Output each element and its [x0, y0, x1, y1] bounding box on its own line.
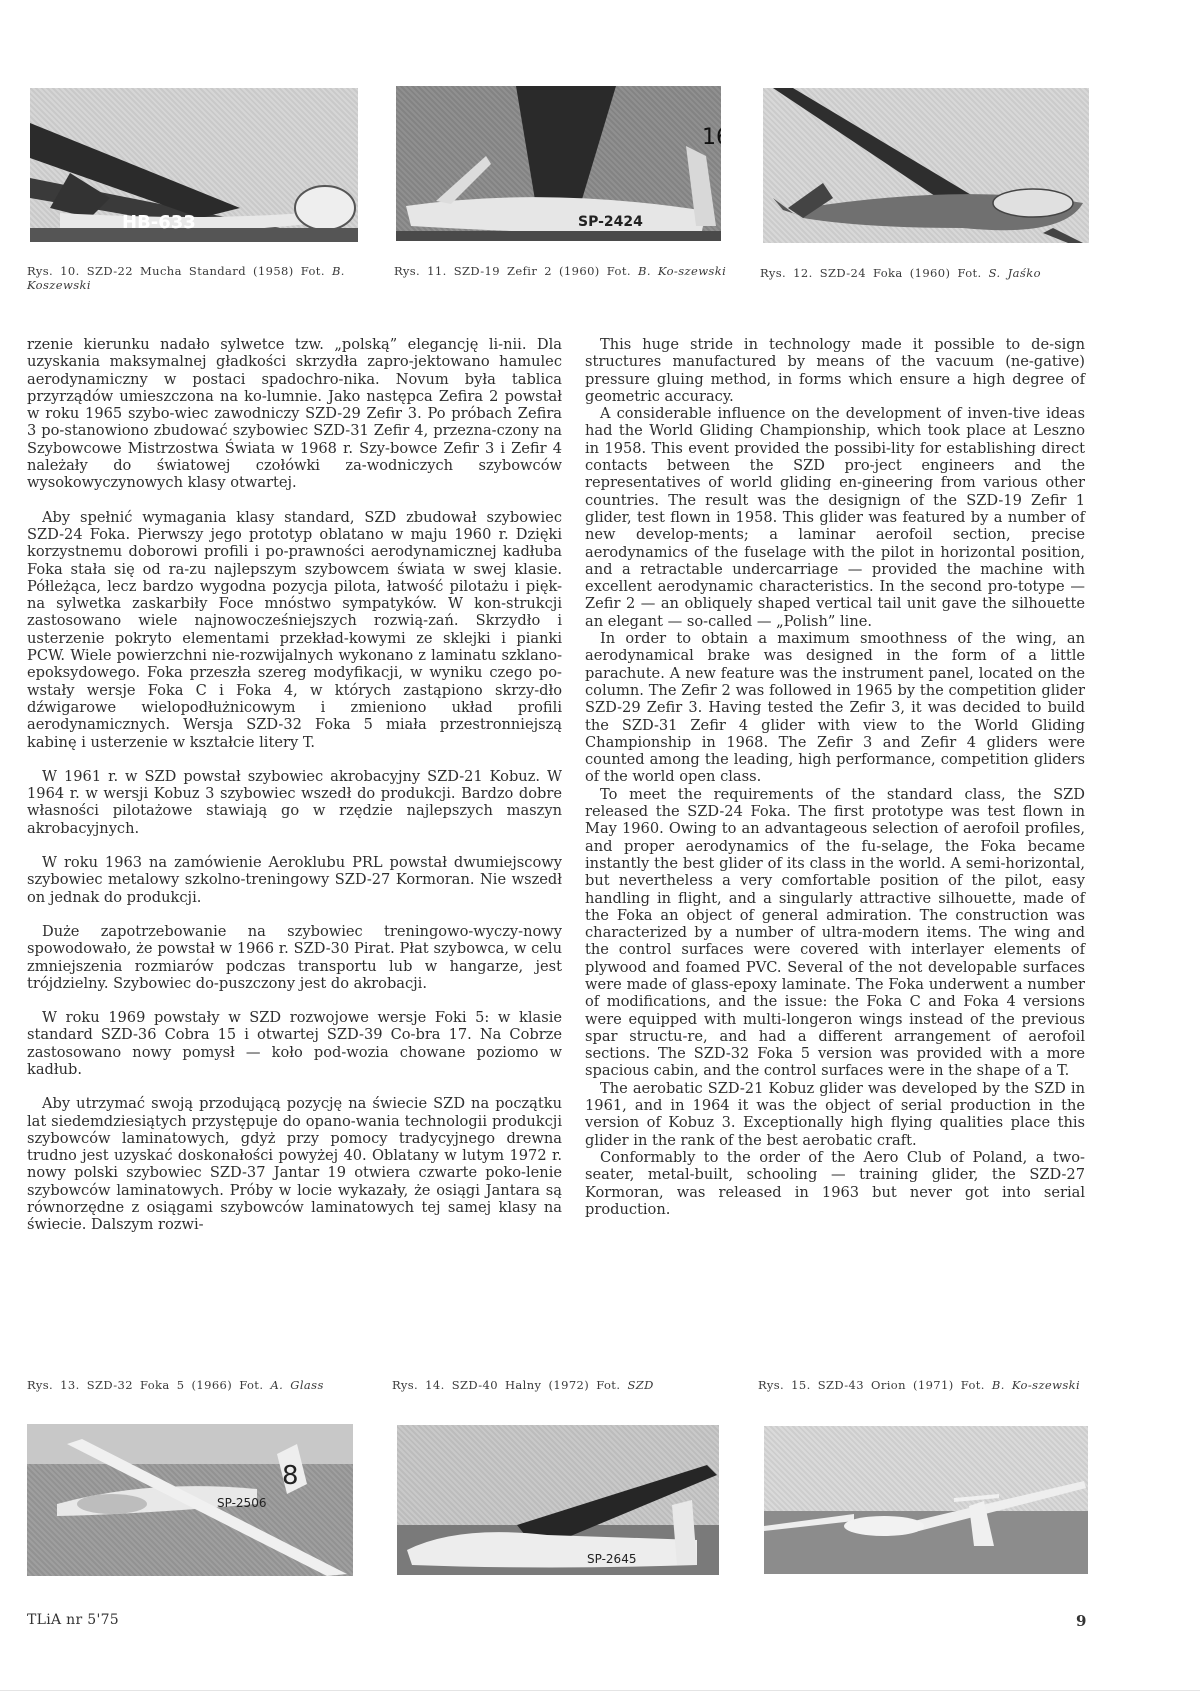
caption-author: SZD [627, 1378, 653, 1392]
journal-issue: TLiA nr 5'75 [27, 1612, 119, 1628]
caption-author: B. Ko-szewski [992, 1378, 1080, 1392]
figure-caption-11: Rys. 11. SZD-19 Zefir 2 (1960) Fot. B. K… [394, 264, 729, 278]
competition-number: 16 [702, 125, 721, 150]
photo-szd-32-foka-5: SP-2506 8 [27, 1424, 353, 1576]
paragraph: W roku 1969 powstały w SZD rozwojowe wer… [27, 1009, 562, 1078]
paragraph: Aby spełnić wymagania klasy standard, SZ… [27, 509, 562, 751]
registration-label: SP-2645 [587, 1552, 636, 1566]
photo-szd-24-foka [763, 88, 1089, 243]
caption-fot: Fot. [607, 264, 631, 278]
caption-author: B. Ko-szewski [638, 264, 726, 278]
paragraph: rzenie kierunku nadało sylwetce tzw. „po… [27, 336, 562, 492]
caption-text: Rys. 12. SZD-24 Foka (1960) [760, 266, 950, 280]
photo-szd-40-halny: SP-2645 [397, 1425, 719, 1575]
paragraph: Aby utrzymać swoją przodującą pozycję na… [27, 1095, 562, 1233]
page-number: 9 [1076, 1612, 1086, 1630]
registration-label: SP-2506 [217, 1496, 266, 1510]
caption-fot: Fot. [301, 264, 325, 278]
paragraph: W 1961 r. w SZD powstał szybowiec akroba… [27, 768, 562, 837]
caption-author: S. Jaśko [989, 266, 1041, 280]
figure-caption-10: Rys. 10. SZD-22 Mucha Standard (1958) Fo… [27, 264, 362, 292]
scan-edge-line [0, 1690, 1200, 1691]
figure-caption-14: Rys. 14. SZD-40 Halny (1972) Fot. SZD [392, 1378, 732, 1392]
article-column-english: This huge stride in technology made it p… [585, 336, 1085, 1218]
caption-text: Rys. 13. SZD-32 Foka 5 (1966) [27, 1378, 232, 1392]
paragraph: In order to obtain a maximum smoothness … [585, 630, 1085, 786]
caption-fot: Fot. [961, 1378, 985, 1392]
photo-szd-22-mucha-standard: HB-633 [30, 88, 358, 242]
figure-caption-12: Rys. 12. SZD-24 Foka (1960) Fot. S. Jaśk… [760, 266, 1100, 280]
caption-text: Rys. 14. SZD-40 Halny (1972) [392, 1378, 589, 1392]
figure-caption-13: Rys. 13. SZD-32 Foka 5 (1966) Fot. A. Gl… [27, 1378, 367, 1392]
paragraph: A considerable influence on the developm… [585, 405, 1085, 630]
paragraph: W roku 1963 na zamówienie Aeroklubu PRL … [27, 854, 562, 906]
photo-szd-19-zefir-2: SP-2424 16 [396, 86, 721, 241]
caption-text: Rys. 10. SZD-22 Mucha Standard (1958) [27, 264, 294, 278]
paragraph: This huge stride in technology made it p… [585, 336, 1085, 405]
paragraph: The aerobatic SZD-21 Kobuz glider was de… [585, 1080, 1085, 1149]
registration-label: SP-2424 [578, 214, 643, 230]
caption-text: Rys. 11. SZD-19 Zefir 2 (1960) [394, 264, 600, 278]
caption-author: A. Glass [270, 1378, 323, 1392]
caption-fot: Fot. [239, 1378, 263, 1392]
caption-text: Rys. 15. SZD-43 Orion (1971) [758, 1378, 954, 1392]
paragraph: Conformably to the order of the Aero Clu… [585, 1149, 1085, 1218]
competition-number: 8 [282, 1461, 299, 1491]
paragraph: To meet the requirements of the standard… [585, 786, 1085, 1080]
photo-szd-43-orion [764, 1426, 1088, 1574]
caption-fot: Fot. [596, 1378, 620, 1392]
figure-caption-15: Rys. 15. SZD-43 Orion (1971) Fot. B. Ko-… [758, 1378, 1098, 1392]
caption-fot: Fot. [957, 266, 981, 280]
paragraph: Duże zapotrzebowanie na szybowiec trenin… [27, 923, 562, 992]
article-column-polish: rzenie kierunku nadało sylwetce tzw. „po… [27, 336, 562, 1251]
registration-label: HB-633 [122, 212, 196, 233]
